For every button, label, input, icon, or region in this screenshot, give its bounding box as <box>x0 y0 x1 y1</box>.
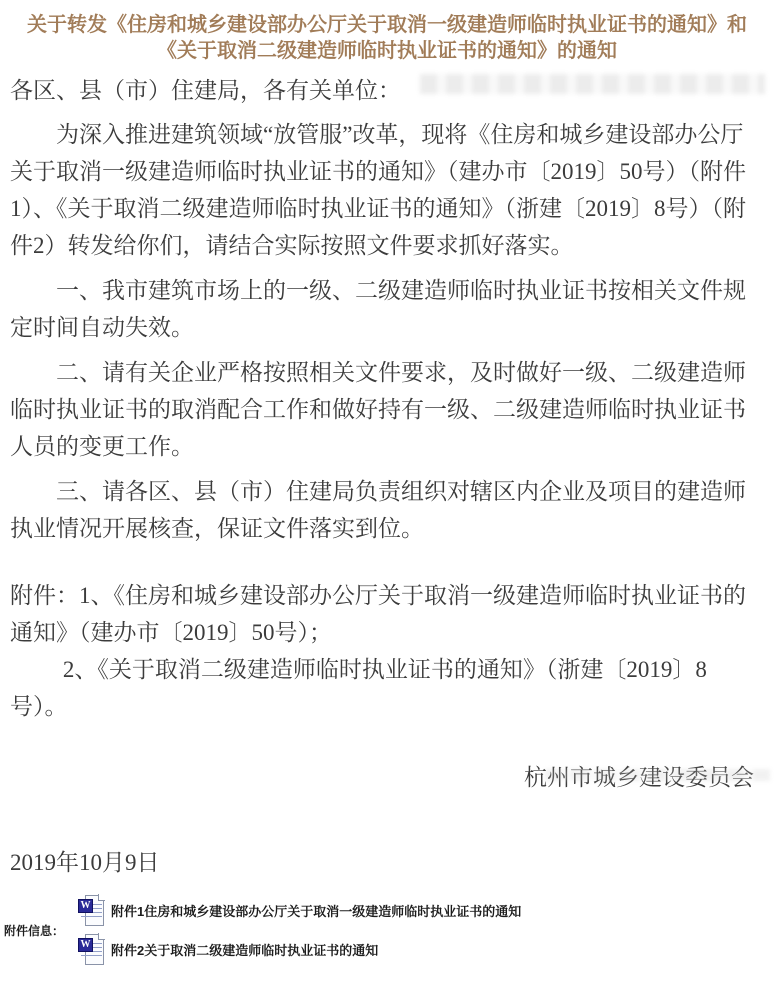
word-w-badge: W <box>78 899 93 913</box>
word-doc-icon: W <box>78 934 104 965</box>
body-paragraph-item-3: 三、请各区、县（市）住建局负责组织对辖区内企业及项目的建造师执业情况开展核查，保… <box>10 473 764 547</box>
attachment-list-line-1: 附件：1、《住房和城乡建设部办公厅关于取消一级建造师临时执业证书的通知》（建办市… <box>10 577 764 651</box>
doc-folded-corner <box>98 894 105 901</box>
word-doc-icon: W <box>78 895 104 926</box>
attachment-info-section: 附件信息： W 附件1住房和城乡建设部办公厅关于取消一级建造师临时执业证书的通知… <box>10 895 764 965</box>
attachment-link-1[interactable]: W 附件1住房和城乡建设部办公厅关于取消一级建造师临时执业证书的通知 <box>78 895 521 926</box>
body-paragraph-intro: 为深入推进建筑领域“放管服”改革，现将《住房和城乡建设部办公厅关于取消一级建造师… <box>10 116 764 264</box>
attachment-file-name: 附件2关于取消二级建造师临时执业证书的通知 <box>111 940 378 959</box>
word-w-badge: W <box>78 938 93 952</box>
document-date: 2019年10月9日 <box>10 844 764 881</box>
attachment-link-2[interactable]: W 附件2关于取消二级建造师临时执业证书的通知 <box>78 934 521 965</box>
salutation-line: 各区、县（市）住建局，各有关单位： <box>10 76 764 106</box>
body-paragraph-item-2: 二、请有关企业严格按照相关文件要求，及时做好一级、二级建造师临时执业证书的取消配… <box>10 354 764 465</box>
attachment-info-label: 附件信息： <box>4 922 64 939</box>
attachment-list: W 附件1住房和城乡建设部办公厅关于取消一级建造师临时执业证书的通知 W 附件2… <box>78 895 521 965</box>
doc-folded-corner <box>98 933 105 940</box>
document-title: 关于转发《住房和城乡建设部办公厅关于取消一级建造师临时执业证书的通知》和《关于取… <box>14 12 760 64</box>
attachment-file-name: 附件1住房和城乡建设部办公厅关于取消一级建造师临时执业证书的通知 <box>111 901 521 920</box>
attachment-list-line-2: 2、《关于取消二级建造师临时执业证书的通知》（浙建〔2019〕8号）。 <box>10 651 764 725</box>
notice-document: 关于转发《住房和城乡建设部办公厅关于取消一级建造师临时执业证书的通知》和《关于取… <box>0 12 774 965</box>
issuing-authority-signature: 杭州市城乡建设委员会 <box>10 759 754 796</box>
body-paragraph-item-1: 一、我市建筑市场上的一级、二级建造师临时执业证书按相关文件规定时间自动失效。 <box>10 272 764 346</box>
